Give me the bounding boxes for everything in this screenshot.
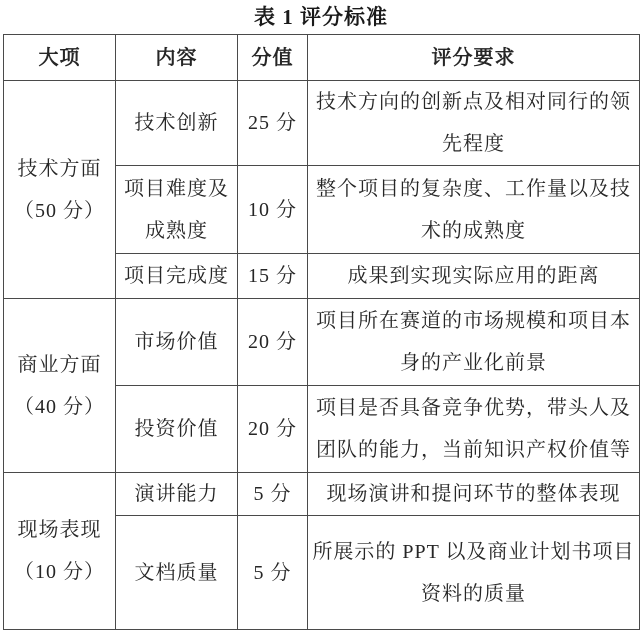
category-score: （40 分） bbox=[6, 386, 113, 428]
content-cell: 项目难度及成熟度 bbox=[116, 166, 238, 254]
table-row: 商业方面 （40 分） 市场价值 20 分 项目所在赛道的市场规模和项目本身的产… bbox=[4, 299, 640, 386]
scoring-criteria-table: 大项 内容 分值 评分要求 技术方面 （50 分） 技术创新 25 分 技术方向… bbox=[3, 34, 640, 630]
content-cell: 技术创新 bbox=[116, 81, 238, 166]
score-cell: 20 分 bbox=[238, 386, 308, 473]
category-score: （50 分） bbox=[6, 190, 113, 232]
score-cell: 5 分 bbox=[238, 516, 308, 630]
requirement-cell: 成果到实现实际应用的距离 bbox=[308, 254, 640, 299]
category-cell-business: 商业方面 （40 分） bbox=[4, 299, 116, 473]
header-requirement: 评分要求 bbox=[308, 35, 640, 81]
header-category: 大项 bbox=[4, 35, 116, 81]
requirement-cell: 技术方向的创新点及相对同行的领先程度 bbox=[308, 81, 640, 166]
score-cell: 10 分 bbox=[238, 166, 308, 254]
category-score: （10 分） bbox=[6, 551, 113, 593]
header-content: 内容 bbox=[116, 35, 238, 81]
requirement-cell: 整个项目的复杂度、工作量以及技术的成熟度 bbox=[308, 166, 640, 254]
table-title: 表 1 评分标准 bbox=[0, 0, 642, 34]
document-page: 表 1 评分标准 大项 内容 分值 评分要求 技术方面 （50 分） 技术创新 … bbox=[0, 0, 642, 638]
content-cell: 项目完成度 bbox=[116, 254, 238, 299]
table-row: 现场表现 （10 分） 演讲能力 5 分 现场演讲和提问环节的整体表现 bbox=[4, 473, 640, 516]
header-row: 大项 内容 分值 评分要求 bbox=[4, 35, 640, 81]
score-cell: 15 分 bbox=[238, 254, 308, 299]
content-cell: 演讲能力 bbox=[116, 473, 238, 516]
requirement-cell: 项目是否具备竞争优势，带头人及团队的能力，当前知识产权价值等 bbox=[308, 386, 640, 473]
category-name: 商业方面 bbox=[6, 344, 113, 386]
requirement-cell: 所展示的 PPT 以及商业计划书项目资料的质量 bbox=[308, 516, 640, 630]
category-name: 现场表现 bbox=[6, 509, 113, 551]
content-cell: 投资价值 bbox=[116, 386, 238, 473]
content-cell: 市场价值 bbox=[116, 299, 238, 386]
requirement-cell: 现场演讲和提问环节的整体表现 bbox=[308, 473, 640, 516]
score-cell: 20 分 bbox=[238, 299, 308, 386]
table-row: 技术方面 （50 分） 技术创新 25 分 技术方向的创新点及相对同行的领先程度 bbox=[4, 81, 640, 166]
category-cell-presentation: 现场表现 （10 分） bbox=[4, 473, 116, 630]
score-cell: 25 分 bbox=[238, 81, 308, 166]
score-cell: 5 分 bbox=[238, 473, 308, 516]
content-cell: 文档质量 bbox=[116, 516, 238, 630]
requirement-cell: 项目所在赛道的市场规模和项目本身的产业化前景 bbox=[308, 299, 640, 386]
category-cell-technical: 技术方面 （50 分） bbox=[4, 81, 116, 299]
header-score: 分值 bbox=[238, 35, 308, 81]
category-name: 技术方面 bbox=[6, 148, 113, 190]
